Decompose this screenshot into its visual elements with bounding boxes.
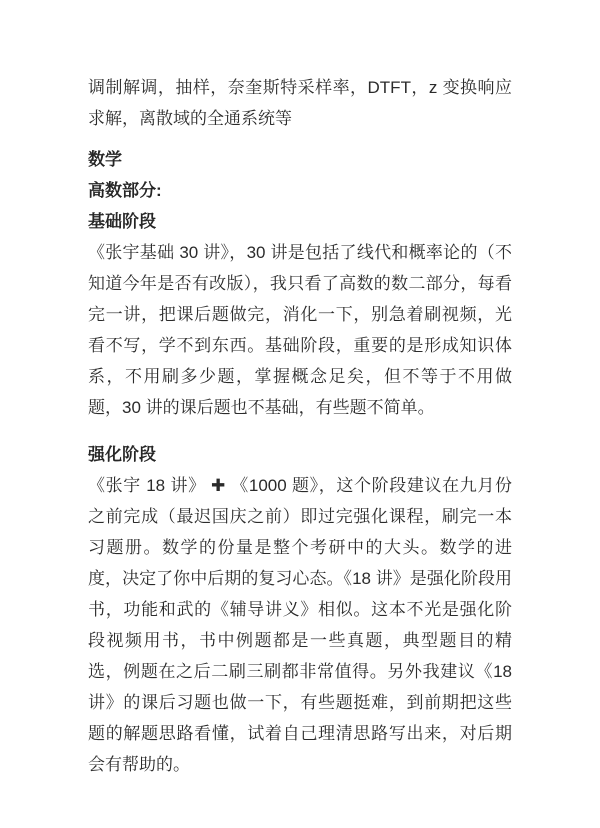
- intensify-stage-paragraph: 《张宇 18 讲》 ✚ 《1000 题》，这个阶段建议在九月份之前完成（最迟国庆…: [88, 470, 512, 780]
- basic-stage-paragraph: 《张宇基础 30 讲》，30 讲是包括了线代和概率论的（不知道今年是否有改版），…: [88, 237, 512, 423]
- intro-paragraph: 调制解调，抽样，奈奎斯特采样率，DTFT，z 变换响应求解，离散域的全通系统等: [88, 72, 512, 134]
- basic-stage-heading: 基础阶段: [88, 206, 512, 237]
- intensify-stage-heading: 强化阶段: [88, 439, 512, 470]
- math-section-heading: 数学: [88, 144, 512, 175]
- gaoshu-part-heading: 高数部分:: [88, 175, 512, 206]
- document-page: 调制解调，抽样，奈奎斯特采样率，DTFT，z 变换响应求解，离散域的全通系统等 …: [0, 0, 600, 828]
